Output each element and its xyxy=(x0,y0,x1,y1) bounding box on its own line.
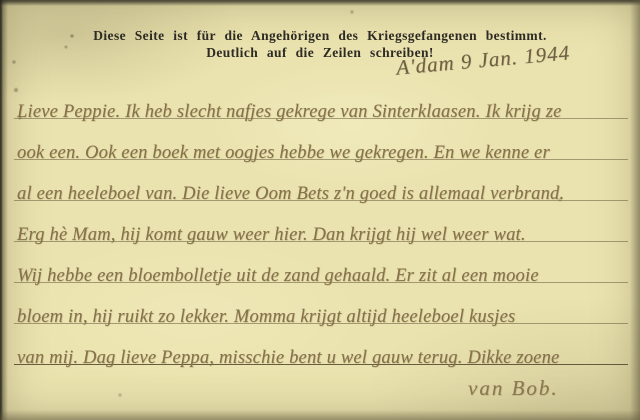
signature: van Bob. xyxy=(468,376,559,401)
ruled-writing-area: Lieve Peppie. Ik heb slecht nafjes gekre… xyxy=(14,78,628,365)
scan-edge-bottom xyxy=(0,410,640,420)
ruled-line: Wij hebbe een bloembolletje uit de zand … xyxy=(14,242,628,283)
printed-instruction-line1: Diese Seite ist für die Angehörigen des … xyxy=(0,27,640,44)
scan-edge-top xyxy=(0,0,640,6)
handwritten-text-line: van mij. Dag lieve Peppa, misschie bent … xyxy=(17,348,559,369)
ruled-line: al een heeleboel van. Die lieve Oom Bets… xyxy=(14,160,628,201)
ruled-line: Lieve Peppie. Ik heb slecht nafjes gekre… xyxy=(14,78,628,119)
scan-edge-right xyxy=(630,0,640,420)
ruled-line: Erg hè Mam, hij komt gauw weer hier. Dan… xyxy=(14,201,628,242)
ruled-line: bloem in, hij ruikt zo lekker. Momma kri… xyxy=(14,283,628,324)
ruled-line: ook een. Ook een boek met oogjes hebbe w… xyxy=(14,119,628,160)
ruled-line: van mij. Dag lieve Peppa, misschie bent … xyxy=(14,324,628,365)
scan-edge-left xyxy=(0,0,8,420)
postcard-scan: Diese Seite ist für die Angehörigen des … xyxy=(0,0,640,420)
